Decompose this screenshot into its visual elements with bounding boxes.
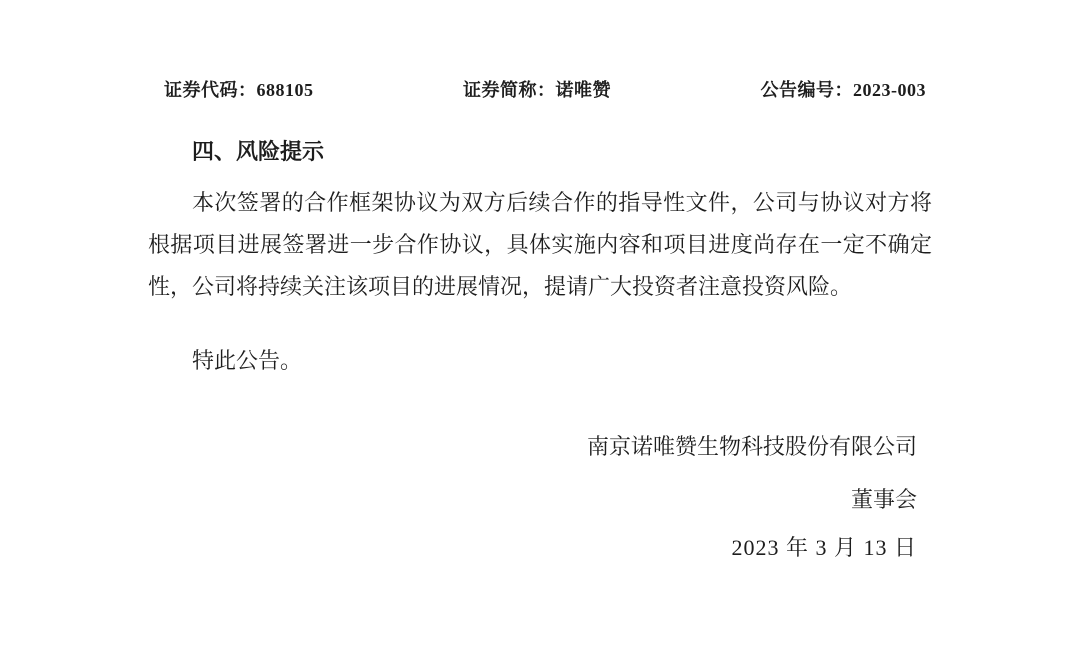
signature-block: 南京诺唯赞生物科技股份有限公司 董事会 2023 年 3 月 13 日 bbox=[148, 432, 932, 563]
board-of-directors: 董事会 bbox=[148, 485, 917, 515]
stock-short-name: 证券简称：诺唯赞 bbox=[463, 78, 611, 102]
announcement-page: 证券代码：688105 证券简称：诺唯赞 公告编号：2023-003 四、风险提… bbox=[0, 0, 1080, 670]
document-header: 证券代码：688105 证券简称：诺唯赞 公告编号：2023-003 bbox=[148, 78, 932, 102]
company-name: 南京诺唯赞生物科技股份有限公司 bbox=[148, 432, 917, 462]
section-heading-risk-warning: 四、风险提示 bbox=[148, 138, 932, 166]
announcement-date: 2023 年 3 月 13 日 bbox=[148, 533, 917, 563]
announcement-number: 公告编号：2023-003 bbox=[761, 78, 927, 102]
stock-code: 证券代码：688105 bbox=[164, 78, 314, 102]
risk-warning-paragraph: 本次签署的合作框架协议为双方后续合作的指导性文件，公司与协议对方将根据项目进展签… bbox=[148, 182, 932, 308]
closing-statement: 特此公告。 bbox=[148, 340, 932, 382]
document-content: 证券代码：688105 证券简称：诺唯赞 公告编号：2023-003 四、风险提… bbox=[148, 0, 932, 563]
